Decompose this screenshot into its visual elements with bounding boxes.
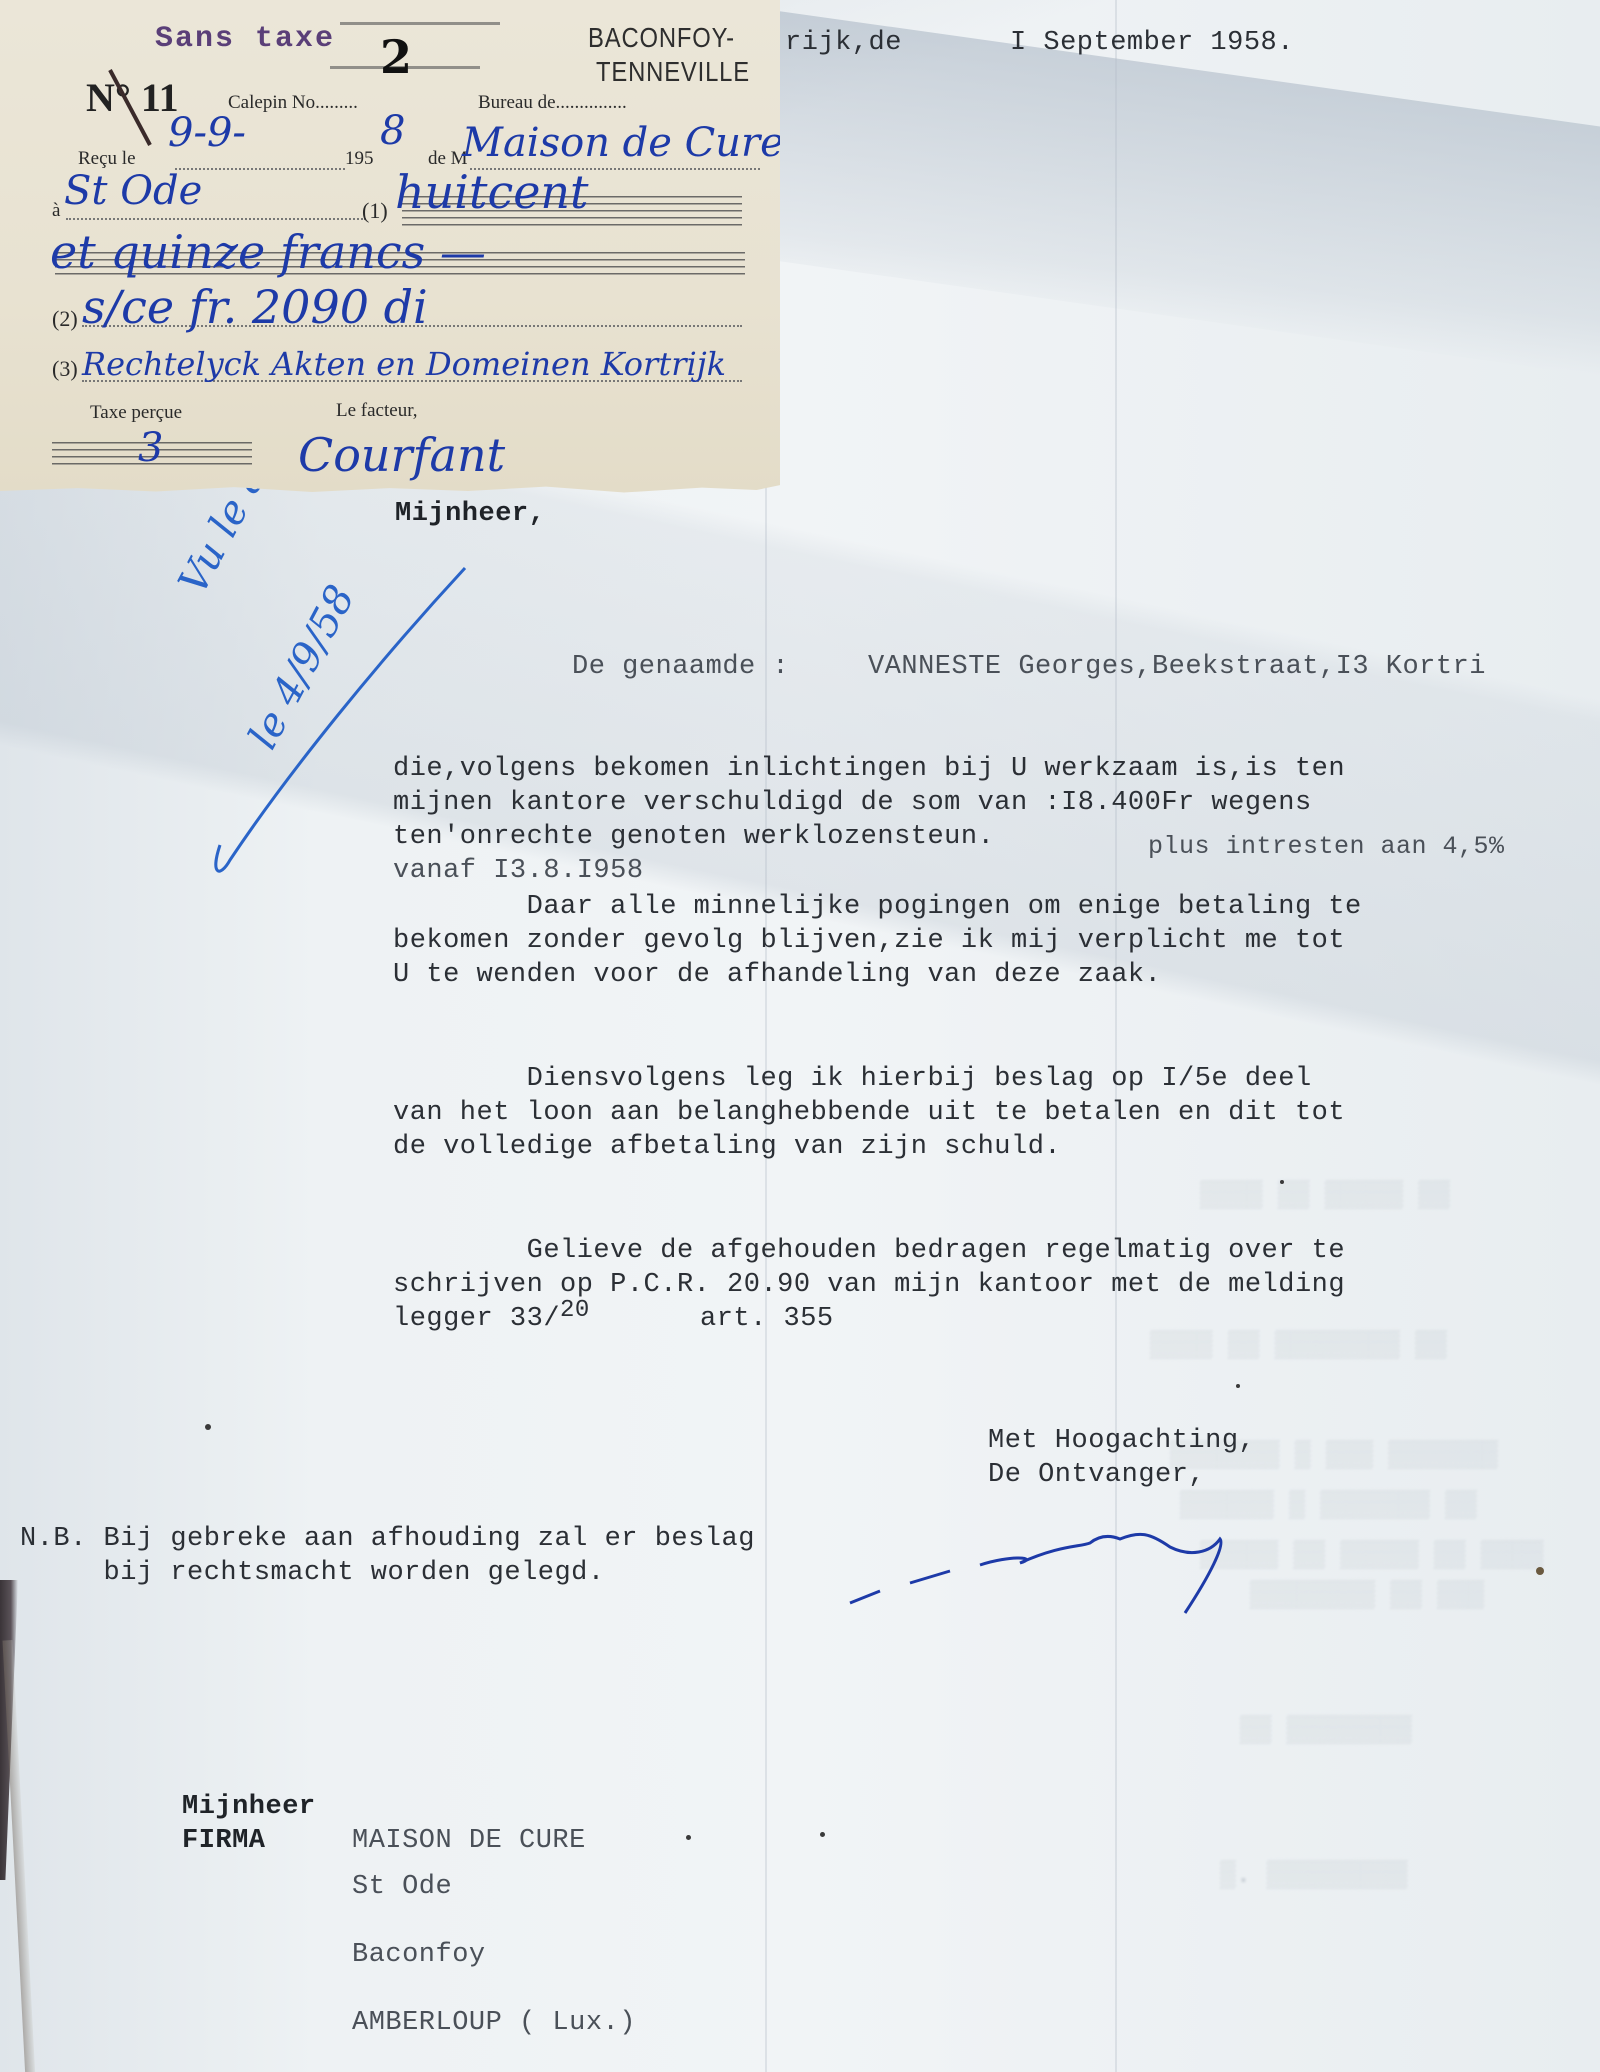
closing-title: De Ontvanger,	[988, 1458, 1205, 1492]
place-handwritten: St Ode	[64, 168, 202, 214]
bleed-through-text: ▒▒▒▒ ▒▒ ▒▒▒▒▒▒▒▒ ▒▒	[1150, 1330, 1446, 1360]
postmark-line-1: BACONFOY-	[588, 22, 735, 54]
paragraph-1-line: mijnen kantore verschuldigd de som van :…	[393, 786, 1312, 820]
postmark-bar	[340, 22, 500, 25]
bleed-through-text: ▒▒ ▒▒▒▒▒▒▒▒	[1240, 1715, 1412, 1745]
receipt-handwritten-mark: 2	[380, 30, 412, 84]
letter-salutation: Mijnheer,	[395, 497, 545, 531]
paragraph-3-line: van het loon aan belanghebbende uit te b…	[393, 1096, 1345, 1130]
paragraph-4-line: schrijven op P.C.R. 20.90 van mijn kanto…	[393, 1268, 1345, 1302]
ink-speck	[686, 1835, 691, 1840]
legger-label: legger 33/	[393, 1302, 560, 1336]
fold-line	[1115, 0, 1117, 2072]
ink-speck	[820, 1832, 825, 1837]
paragraph-2-line: bekomen zonder gevolg blijven,zie ik mij…	[393, 924, 1345, 958]
addressee-line: St Ode	[352, 1870, 452, 1904]
received-date-handwritten: 9-9-	[168, 110, 246, 156]
addressee-line: AMBERLOUP ( Lux.)	[352, 2006, 636, 2040]
postmark-line-2: TENNEVILLE	[596, 56, 750, 88]
nb-note-line: bij rechtsmacht worden gelegd.	[20, 1556, 605, 1590]
a-label: à	[52, 200, 60, 222]
paragraph-3-line: Diensvolgens leg ik hierbij beslag op I/…	[393, 1062, 1312, 1096]
field-2-label: (2)	[52, 306, 78, 332]
facteur-label: Le facteur,	[336, 400, 418, 422]
addressee-salutation: Mijnheer	[182, 1790, 316, 1824]
article-number: art. 355	[700, 1302, 834, 1336]
facteur-signature: Courfant	[298, 428, 505, 482]
sender-name-handwritten: Maison de Cure	[462, 120, 784, 166]
field-3-handwritten: Rechtelyck Akten en Domeinen Kortrijk	[82, 345, 726, 383]
nb-note-line: N.B. Bij gebreke aan afhouding zal er be…	[20, 1522, 755, 1556]
addressee-line: MAISON DE CURE	[352, 1824, 586, 1858]
strike-mark	[105, 65, 165, 150]
subject-label: De genaamde :	[572, 650, 789, 684]
paragraph-2-line: U te wenden voor de afhandeling van deze…	[393, 958, 1161, 992]
ink-speck	[205, 1424, 211, 1430]
paragraph-2-line: Daar alle minnelijke pogingen om enige b…	[393, 890, 1362, 924]
taxe-percue-label: Taxe perçue	[90, 402, 182, 424]
ink-speck	[1536, 1567, 1544, 1575]
interest-from-date: vanaf I3.8.I958	[393, 854, 644, 888]
amount-words-handwritten: huitcent	[395, 165, 589, 219]
postal-receipt: Sans taxe BACONFOY- TENNEVILLE N° 11 2 C…	[0, 0, 780, 495]
bureau-label: Bureau de...............	[478, 92, 627, 114]
bleed-through-text: ▒▒▒▒ ▒▒ ▒▒▒▒▒ ▒▒	[1200, 1180, 1450, 1210]
interest-addendum: plus intresten aan 4,5%	[1148, 830, 1505, 864]
recu-le-label: Reçu le	[78, 148, 136, 170]
field-3-label: (3)	[52, 356, 78, 382]
sans-taxe-stamp: Sans taxe	[155, 22, 335, 56]
paragraph-1-line: ten'onrechte genoten werklozensteun.	[393, 820, 994, 854]
addressee-firm-label: FIRMA	[182, 1824, 266, 1858]
taxe-value-handwritten: 3	[138, 425, 163, 471]
field-2-handwritten: s/ce fr. 2090 di	[82, 280, 428, 334]
paragraph-4-line: Gelieve de afgehouden bedragen regelmati…	[393, 1234, 1345, 1268]
receiver-signature	[840, 1495, 1290, 1615]
year-prefix: 195	[345, 148, 374, 170]
closing-greeting: Met Hoogachting,	[988, 1424, 1255, 1458]
legger-number: 20	[560, 1294, 590, 1328]
dotted-line	[66, 218, 366, 220]
calepin-label: Calepin No.........	[228, 92, 358, 114]
letter-date: I September 1958.	[1010, 26, 1294, 60]
field-1-label: (1)	[362, 198, 388, 224]
ink-speck	[1236, 1384, 1240, 1388]
subject-value: VANNESTE Georges,Beekstraat,I3 Kortri	[868, 650, 1486, 684]
ink-speck	[1280, 1180, 1284, 1184]
paragraph-1-line: die,volgens bekomen inlichtingen bij U w…	[393, 752, 1345, 786]
bleed-through-text: ▒. ▒▒▒▒▒▒▒▒▒	[1220, 1860, 1407, 1890]
received-year-handwritten: 8	[380, 108, 405, 154]
paragraph-3-line: de volledige afbetaling van zijn schuld.	[393, 1130, 1061, 1164]
addressee-line: Baconfoy	[352, 1938, 486, 1972]
letter-place-partial: rijk,de	[785, 26, 902, 60]
amount-words-cont-handwritten: et quinze francs —	[50, 225, 486, 279]
